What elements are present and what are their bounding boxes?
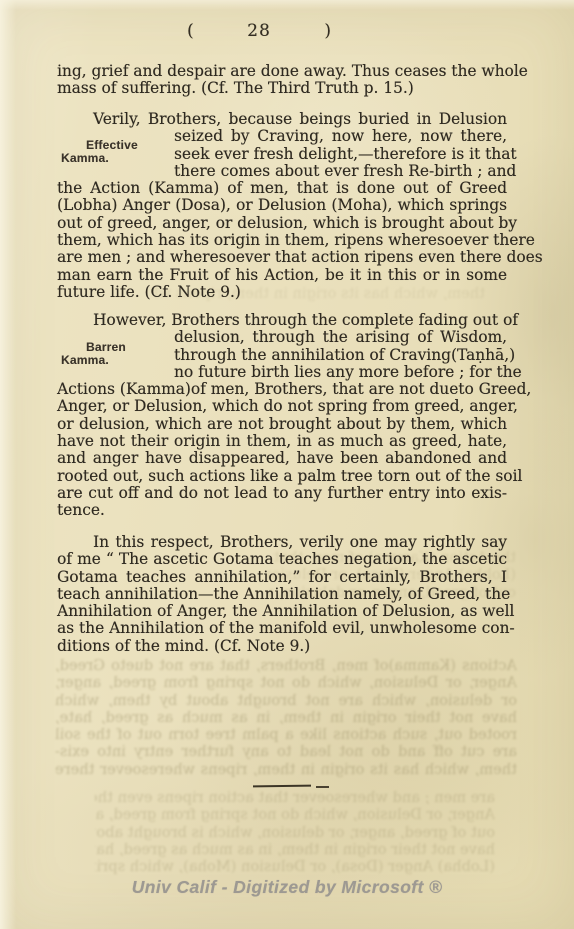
folio-number: 28 [247,21,271,41]
digitization-watermark: Univ Calif - Digitized by Microsoft ® [0,877,574,898]
folio-close-paren: ) [324,21,331,41]
text-line: Actions (Kamma)of men, Brothers, that ar… [57,381,507,398]
text-line: ing, grief and despair are done away. Th… [57,63,507,80]
text-line: of me “ The ascetic Gotama teaches negat… [57,551,507,568]
text-line: In this respect, Brothers, verily one ma… [57,534,507,551]
bleed-through-text: are men ; and wheresoever that action ri… [95,789,495,876]
text-line: future life. (Cf. Note 9.) [57,284,507,301]
text-line: Verily, Brothers, because beings buried … [57,111,507,128]
text-line: tence. [57,502,507,519]
text-line: seized by Craving, now here, now there, [57,128,507,145]
paragraph-1: ing, grief and despair are done away. Th… [57,63,507,98]
page-top-edge [0,0,574,10]
text-line: through the annihilation of Craving(Taṇh… [57,347,507,364]
text-line: them, which has its origin in them, ripe… [57,232,507,249]
text-line: are cut off and do not lead to any furth… [57,485,507,502]
page-number-header: ( 28 ) [187,21,331,41]
text-line: (Lobha) Anger (Dosa), or Delusion (Moha)… [57,197,507,214]
text-line: Anger, or Delusion, which do not spring … [57,398,507,415]
paragraph-4: In this respect, Brothers, verily one ma… [57,534,507,655]
page-left-edge [0,0,16,929]
section-divider [253,784,331,788]
bleed-through-text: Actions (Kamma)of men, Brothers, that ar… [55,657,517,779]
text-line: are men ; and wheresoever that action ri… [57,249,507,266]
folio-open-paren: ( [187,21,194,41]
text-line: out of greed, anger, or delusion, which … [57,215,507,232]
text-line: mass of suffering. (Cf. The Third Truth … [57,80,507,97]
text-line: as the Annihilation of the manifold evil… [57,620,507,637]
text-line: However, Brothers through the complete f… [57,312,507,329]
text-line: ditions of the mind. (Cf. Note 9.) [57,638,507,655]
text-line: man earn the Fruit of his Action, be it … [57,267,507,284]
text-line: no future birth lies any more before ; f… [57,364,507,381]
text-line: have not their origin in them, in as muc… [57,433,507,450]
text-line: and anger have disappeared, have been ab… [57,450,507,467]
text-line: or delusion, which are not brought about… [57,416,507,433]
text-line: the Action (Kamma) of men, that is done … [57,180,507,197]
divider-line [253,785,311,788]
text-line: seek ever fresh delight,—therefore is it… [57,146,507,163]
book-page-scan: them, which has its origin in them, ripe… [0,0,574,929]
divider-dash [316,786,329,788]
text-line: rooted out, such actions like a palm tre… [57,468,507,485]
paragraph-3: However, Brothers through the complete f… [57,312,507,520]
text-line: Gotama teaches annihilation,” for certai… [57,569,507,586]
text-line: teach annihilation—the Annihilation name… [57,586,507,603]
text-line: Annihilation of Anger, the Annihilation … [57,603,507,620]
text-line: delusion, through the arising of Wisdom, [57,329,507,346]
paragraph-2: Verily, Brothers, because beings buried … [57,111,507,301]
text-line: there comes about ever fresh Re-birth ; … [57,163,507,180]
